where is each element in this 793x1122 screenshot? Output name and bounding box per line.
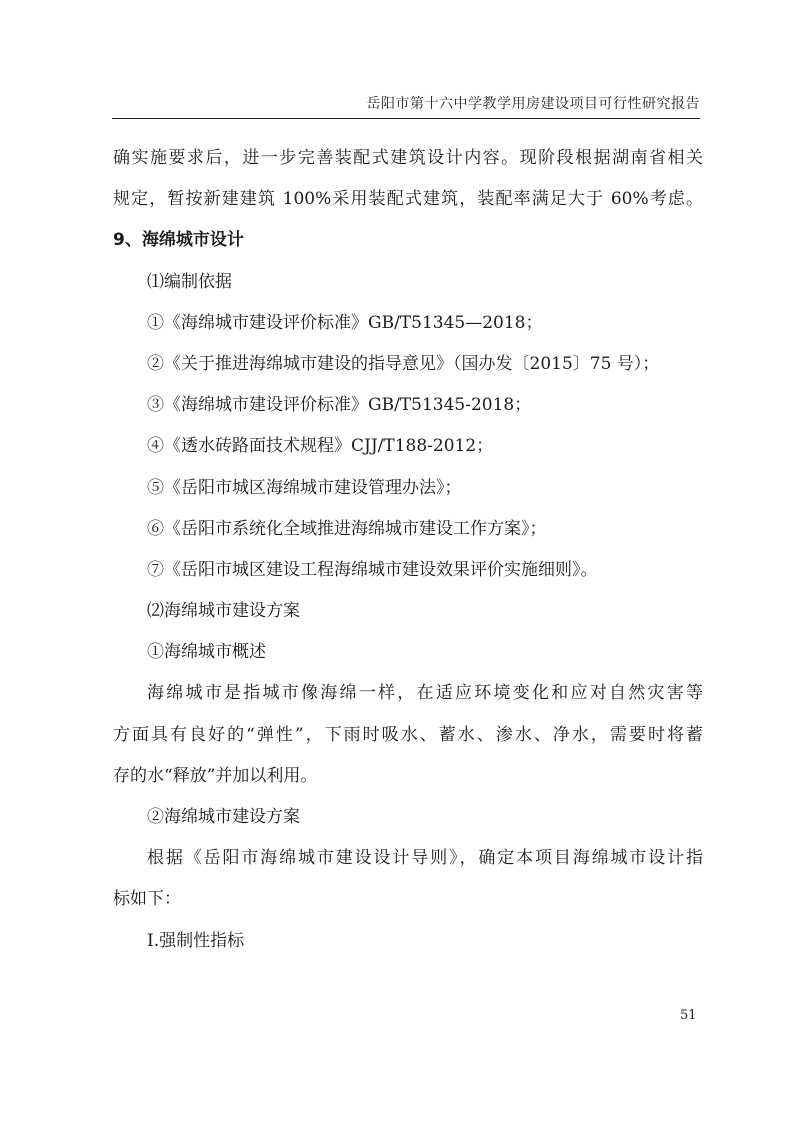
indicator-heading: Ⅰ.强制性指标 xyxy=(113,921,703,962)
running-header: 岳阳市第十六中学教学用房建设项目可行性研究报告 xyxy=(112,92,700,119)
reference-item: ④《透水砖路面技术规程》CJJ/T188-2012； xyxy=(113,426,703,467)
paragraph-line: 方面具有良好的“弹性”，下雨时吸水、蓄水、渗水、净水，需要时将蓄 xyxy=(113,715,703,756)
sub-item-heading: ①海绵城市概述 xyxy=(113,632,703,673)
paragraph-line: 规定，暂按新建建筑 100%采用装配式建筑，装配率满足大于 60%考虑。 xyxy=(113,179,703,220)
reference-item: ⑥《岳阳市系统化全域推进海绵城市建设工作方案》； xyxy=(113,509,703,550)
reference-item: ③《海绵城市建设评价标准》GB/T51345-2018； xyxy=(113,385,703,426)
paragraph-line: 根据《岳阳市海绵城市建设设计导则》，确定本项目海绵城市设计指 xyxy=(113,838,703,879)
subsection-heading: ⑴编制依据 xyxy=(113,262,703,303)
reference-item: ⑤《岳阳市城区海绵城市建设管理办法》； xyxy=(113,468,703,509)
header-title: 岳阳市第十六中学教学用房建设项目可行性研究报告 xyxy=(367,96,701,112)
section-heading: 9、海绵城市设计 xyxy=(113,220,703,261)
reference-item: ①《海绵城市建设评价标准》GB/T51345—2018； xyxy=(113,303,703,344)
reference-item: ②《关于推进海绵城市建设的指导意见》（国办发〔2015〕75 号）； xyxy=(113,344,703,385)
paragraph-line: 标如下： xyxy=(113,879,703,920)
paragraph-line: 存的水“释放”并加以利用。 xyxy=(113,756,703,797)
paragraph-line: 确实施要求后，进一步完善装配式建筑设计内容。现阶段根据湖南省相关 xyxy=(113,138,703,179)
reference-item: ⑦《岳阳市城区建设工程海绵城市建设效果评价实施细则》。 xyxy=(113,550,703,591)
subsection-heading: ⑵海绵城市建设方案 xyxy=(113,591,703,632)
page-number: 51 xyxy=(680,1008,697,1023)
sub-item-heading: ②海绵城市建设方案 xyxy=(113,797,703,838)
body-text: 确实施要求后，进一步完善装配式建筑设计内容。现阶段根据湖南省相关 规定，暂按新建… xyxy=(113,138,703,962)
document-page: 岳阳市第十六中学教学用房建设项目可行性研究报告 确实施要求后，进一步完善装配式建… xyxy=(0,0,793,1122)
paragraph-line: 海绵城市是指城市像海绵一样，在适应环境变化和应对自然灾害等 xyxy=(113,673,703,714)
